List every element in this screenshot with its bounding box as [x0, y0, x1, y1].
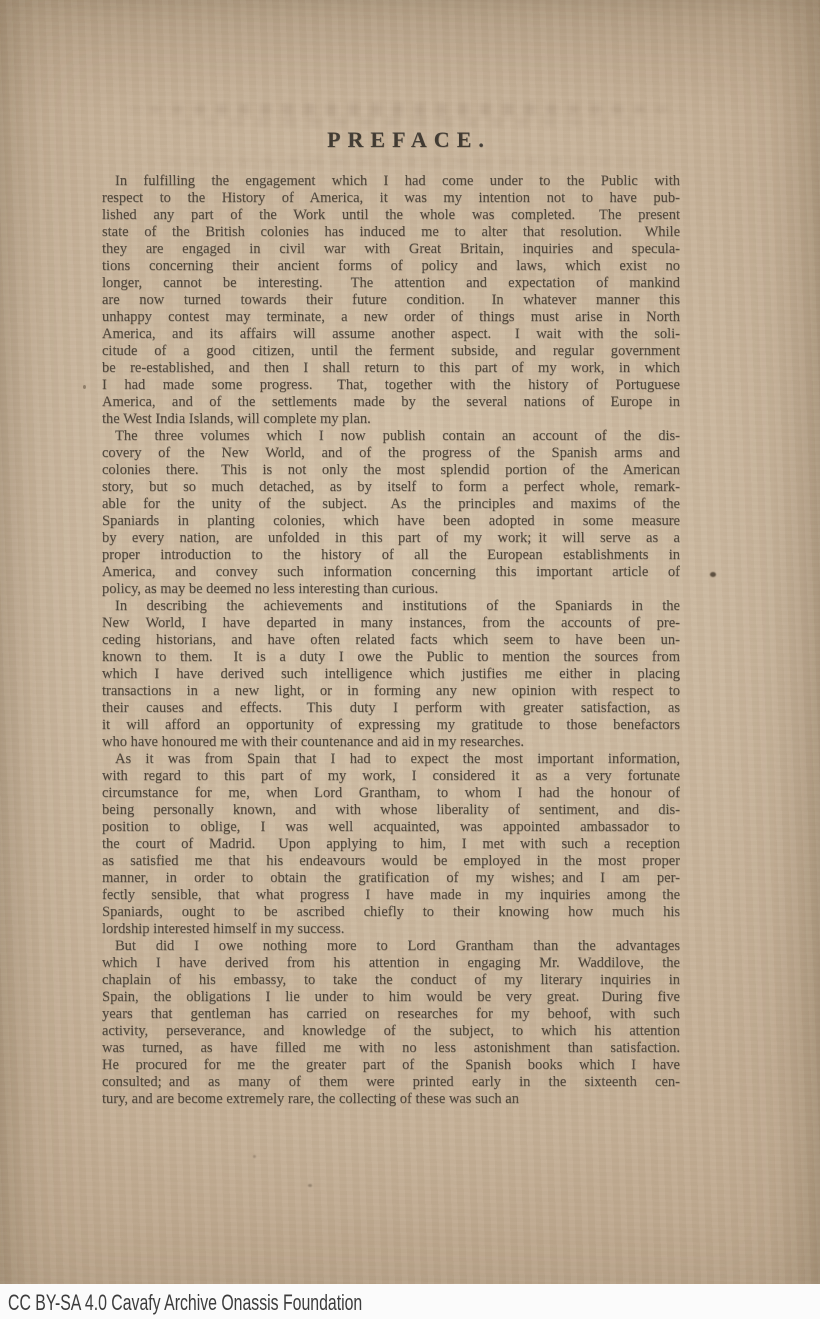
text-line: circumstance for me, when Lord Grantham,… — [102, 785, 680, 802]
paragraph: The three volumes which I now publish co… — [102, 428, 680, 598]
text-line: In fulfilling the engagement which I had… — [102, 173, 680, 190]
text-line: longer, cannot be interesting. The atten… — [102, 275, 680, 292]
text-line: are now turned towards their future cond… — [102, 292, 680, 309]
text-line: Spaniards in planting colonies, which ha… — [102, 513, 680, 530]
text-line: As it was from Spain that I had to expec… — [102, 751, 680, 768]
text-line: In describing the achievements and insti… — [102, 598, 680, 615]
text-line: position to oblige, I was well acquainte… — [102, 819, 680, 836]
text-line: being personally known, and with whose l… — [102, 802, 680, 819]
text-line: tions concerning their ancient forms of … — [102, 258, 680, 275]
text-line: He procured for me the greater part of t… — [102, 1057, 680, 1074]
text-line: who have honoured me with their countena… — [102, 734, 680, 751]
show-through-smudge — [128, 103, 684, 116]
text-line: But did I owe nothing more to Lord Grant… — [102, 938, 680, 955]
text-line: I had made some progress. That, together… — [102, 377, 680, 394]
text-line: known to them. It is a duty I owe the Pu… — [102, 649, 680, 666]
text-line: respect to the History of America, it wa… — [102, 190, 680, 207]
paragraph: As it was from Spain that I had to expec… — [102, 751, 680, 938]
text-line: the court of Madrid. Upon applying to hi… — [102, 836, 680, 853]
text-line: unhappy contest may terminate, a new ord… — [102, 309, 680, 326]
text-line: Spain, the obligations I lie under to hi… — [102, 989, 680, 1006]
ink-speck — [253, 1155, 256, 1158]
text-line: it will afford an opportunity of express… — [102, 717, 680, 734]
text-line: manner, in order to obtain the gratifica… — [102, 870, 680, 887]
paragraph: In fulfilling the engagement which I had… — [102, 173, 680, 428]
page-title: PREFACE. — [102, 127, 698, 153]
text-line: with regard to this part of my work, I c… — [102, 768, 680, 785]
ink-speck — [710, 572, 716, 577]
text-line: they are engaged in civil war with Great… — [102, 241, 680, 258]
text-line: New World, I have departed in many insta… — [102, 615, 680, 632]
license-bar: CC BY-SA 4.0 Cavafy Archive Onassis Foun… — [0, 1284, 820, 1319]
text-line: which I have derived from his attention … — [102, 955, 680, 972]
text-line: lordship interested himself in my succes… — [102, 921, 680, 938]
text-line: state of the British colonies has induce… — [102, 224, 680, 241]
text-line: covery of the New World, and of the prog… — [102, 445, 680, 462]
text-line: transactions in a new light, or in formi… — [102, 683, 680, 700]
text-line: fectly sensible, that what progress I ha… — [102, 887, 680, 904]
paragraph: But did I owe nothing more to Lord Grant… — [102, 938, 680, 1108]
text-line: activity, perseverance, and knowledge of… — [102, 1023, 680, 1040]
text-line: was turned, as have filled me with no le… — [102, 1040, 680, 1057]
text-line: be re-established, and then I shall retu… — [102, 360, 680, 377]
text-line: as satisfied me that his endeavours woul… — [102, 853, 680, 870]
text-line: years that gentleman has carried on rese… — [102, 1006, 680, 1023]
text-line: citude of a good citizen, until the ferm… — [102, 343, 680, 360]
text-line: consulted; and as many of them were prin… — [102, 1074, 680, 1091]
scanned-book-page: PREFACE. In fulfilling the engagement wh… — [0, 0, 820, 1319]
text-line: proper introduction to the history of al… — [102, 547, 680, 564]
license-text: CC BY-SA 4.0 Cavafy Archive Onassis Foun… — [8, 1290, 362, 1316]
text-line: Spaniards, ought to be ascribed chiefly … — [102, 904, 680, 921]
text-line: tury, and are become extremely rare, the… — [102, 1091, 680, 1108]
text-line: by every nation, are unfolded in this pa… — [102, 530, 680, 547]
paper-background: PREFACE. In fulfilling the engagement wh… — [0, 0, 820, 1319]
text-line: The three volumes which I now publish co… — [102, 428, 680, 445]
text-line: able for the unity of the subject. As th… — [102, 496, 680, 513]
text-line: story, but so much detached, as by itsel… — [102, 479, 680, 496]
paragraph: In describing the achievements and insti… — [102, 598, 680, 751]
text-line: colonies there. This is not only the mos… — [102, 462, 680, 479]
ink-speck — [308, 1184, 312, 1187]
text-line: lished any part of the Work until the wh… — [102, 207, 680, 224]
text-line: America, and of the settlements made by … — [102, 394, 680, 411]
text-line: America, and its affairs will assume ano… — [102, 326, 680, 343]
show-through-smudge — [152, 118, 652, 127]
text-line: chaplain of his embassy, to take the con… — [102, 972, 680, 989]
text-line: ceding historians, and have often relate… — [102, 632, 680, 649]
preface-text: In fulfilling the engagement which I had… — [102, 173, 680, 1108]
text-line: America, and convey such information con… — [102, 564, 680, 581]
ink-speck — [83, 385, 86, 389]
text-line: the West India Islands, will complete my… — [102, 411, 680, 428]
text-line: which I have derived such intelligence w… — [102, 666, 680, 683]
text-line: policy, as may be deemed no less interes… — [102, 581, 680, 598]
text-line: their causes and effects. This duty I pe… — [102, 700, 680, 717]
show-through-smudge — [142, 157, 662, 166]
